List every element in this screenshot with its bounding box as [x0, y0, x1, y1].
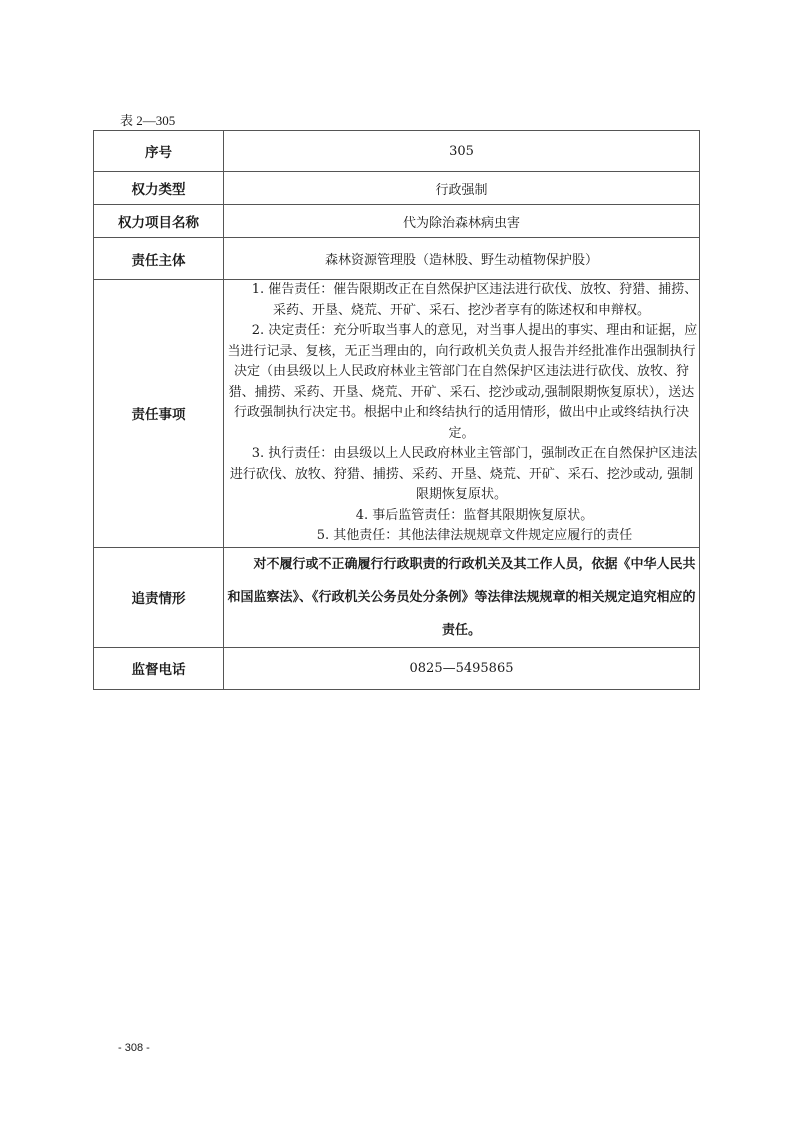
duty-paragraph: 4. 事后监管责任：监督其限期恢复原状。 [224, 506, 699, 527]
table-row: 序号 305 [94, 131, 700, 172]
table-row: 追责情形 对不履行或不正确履行行政职责的行政机关及其工作人员，依据《中华人民共和… [94, 547, 700, 647]
row-value-serial: 305 [224, 131, 700, 172]
power-responsibility-table: 序号 305 权力类型 行政强制 权力项目名称 代为除治森林病虫害 责任主体 森… [93, 130, 700, 690]
table-row: 责任主体 森林资源管理股（造林股、野生动植物保护股） [94, 238, 700, 280]
row-label-accountability: 追责情形 [94, 547, 224, 647]
duty-paragraph: 5. 其他责任：其他法律法规规章文件规定应履行的责任 [224, 526, 699, 547]
duty-paragraph: 3. 执行责任：由县级以上人民政府林业主管部门，强制改正在自然保护区违法进行砍伐… [224, 444, 699, 506]
row-label-serial: 序号 [94, 131, 224, 172]
row-value-item-name: 代为除治森林病虫害 [224, 205, 700, 238]
table-row: 权力项目名称 代为除治森林病虫害 [94, 205, 700, 238]
row-label-item-name: 权力项目名称 [94, 205, 224, 238]
row-label-power-type: 权力类型 [94, 172, 224, 205]
table-row: 责任事项 1. 催告责任：催告限期改正在自然保护区违法进行砍伐、放牧、狩猎、捕捞… [94, 280, 700, 548]
row-label-responsible-body: 责任主体 [94, 238, 224, 280]
duty-paragraph: 1. 催告责任：催告限期改正在自然保护区违法进行砍伐、放牧、狩猎、捕捞、采药、开… [224, 280, 699, 321]
table-caption: 表 2—305 [120, 110, 175, 129]
row-value-power-type: 行政强制 [224, 172, 700, 205]
table-row: 监督电话 0825—5495865 [94, 647, 700, 689]
row-label-duties: 责任事项 [94, 280, 224, 548]
row-value-responsible-body: 森林资源管理股（造林股、野生动植物保护股） [224, 238, 700, 280]
row-label-hotline: 监督电话 [94, 647, 224, 689]
page-number: - 308 - [118, 1042, 150, 1054]
duty-paragraph: 2. 决定责任：充分听取当事人的意见，对当事人提出的事实、理由和证据，应当进行记… [224, 321, 699, 444]
row-value-accountability: 对不履行或不正确履行行政职责的行政机关及其工作人员，依据《中华人民共和国监察法》… [224, 547, 700, 647]
accountability-paragraph: 对不履行或不正确履行行政职责的行政机关及其工作人员，依据《中华人民共和国监察法》… [224, 548, 699, 647]
row-value-hotline: 0825—5495865 [224, 647, 700, 689]
row-value-duties: 1. 催告责任：催告限期改正在自然保护区违法进行砍伐、放牧、狩猎、捕捞、采药、开… [224, 280, 700, 548]
table-row: 权力类型 行政强制 [94, 172, 700, 205]
